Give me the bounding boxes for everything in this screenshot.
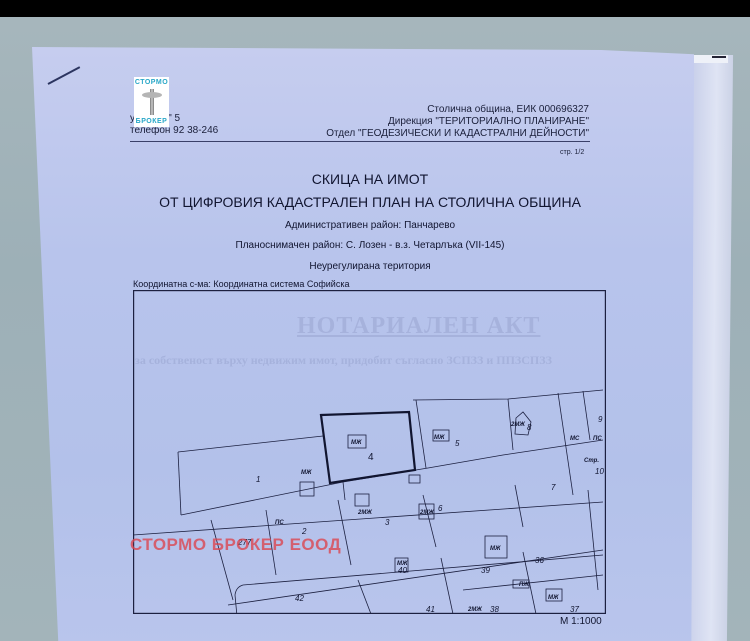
svg-text:МЖ: МЖ — [301, 470, 312, 476]
svg-text:36: 36 — [535, 556, 544, 565]
header-right: Столична община, ЕИК 000696327 Дирекция … — [259, 104, 589, 140]
svg-text:2МЖ: 2МЖ — [419, 510, 434, 516]
svg-text:2МЖ: 2МЖ — [357, 510, 372, 516]
municipality-line: Столична община, ЕИК 000696327 — [259, 104, 589, 116]
coordinate-system: Координатна с-ма: Координатна система Со… — [133, 279, 349, 289]
svg-text:4: 4 — [368, 452, 374, 463]
svg-text:7: 7 — [551, 483, 556, 492]
svg-text:42: 42 — [295, 594, 304, 603]
svg-text:37: 37 — [570, 605, 579, 614]
svg-text:2МЖ: 2МЖ — [467, 607, 482, 613]
svg-text:МЖ: МЖ — [548, 595, 559, 601]
back-sheet-mark — [712, 56, 726, 58]
svg-text:10: 10 — [595, 467, 604, 476]
document-subtitle: ОТ ЦИФРОВИЯ КАДАСТРАЛЕН ПЛАН НА СТОЛИЧНА… — [130, 194, 610, 210]
svg-text:МС: МС — [570, 436, 580, 442]
top-black-bar — [0, 0, 750, 17]
logo-top-text: СТОРМО — [135, 79, 168, 86]
svg-text:Стр.: Стр. — [584, 458, 599, 464]
svg-text:2МЖ: 2МЖ — [510, 422, 525, 428]
map-scale: М 1:1000 — [560, 616, 602, 627]
company-logo: СТОРМО БРОКЕР — [134, 77, 169, 127]
svg-text:МЖ: МЖ — [434, 435, 445, 441]
svg-text:5: 5 — [455, 439, 460, 448]
svg-text:40: 40 — [398, 566, 407, 575]
svg-text:ПС: ПС — [275, 520, 284, 526]
company-watermark: СТОРМО БРОКЕР ЕООД — [130, 535, 341, 555]
svg-text:МЖ: МЖ — [351, 440, 362, 446]
svg-text:6: 6 — [438, 504, 443, 513]
cadastral-map: МЖ МЖ МЖ 2МЖ МС ПС Стр. ПС 2МЖ 2МЖ МЖ МЖ… — [133, 290, 606, 614]
svg-text:9: 9 — [598, 415, 603, 424]
territory-type: Неурегулирана територия — [130, 261, 610, 272]
svg-text:8: 8 — [527, 423, 532, 432]
page-number: стр. 1/2 — [560, 149, 584, 156]
logo-bottom-text: БРОКЕР — [136, 118, 168, 125]
svg-text:ПЖ: ПЖ — [519, 582, 529, 588]
back-sheet — [687, 55, 733, 641]
svg-text:МЖ: МЖ — [490, 546, 501, 552]
svg-text:1: 1 — [256, 475, 260, 484]
svg-text:38: 38 — [490, 605, 499, 614]
header-divider — [130, 141, 590, 142]
department-line: Отдел "ГЕОДЕЗИЧЕСКИ И КАДАСТРАЛНИ ДЕЙНОС… — [259, 128, 589, 140]
survey-district: Планоснимачен район: С. Лозен - в.з. Чет… — [130, 240, 610, 251]
caduceus-icon — [150, 89, 154, 115]
svg-text:ПС: ПС — [593, 436, 602, 442]
svg-text:3: 3 — [385, 518, 390, 527]
document-title: СКИЦА НА ИМОТ — [130, 171, 610, 187]
directorate-line: Дирекция "ТЕРИТОРИАЛНО ПЛАНИРАНЕ" — [259, 116, 589, 128]
svg-text:41: 41 — [426, 605, 435, 614]
admin-district: Административен район: Панчарево — [130, 220, 610, 231]
svg-text:39: 39 — [481, 566, 490, 575]
